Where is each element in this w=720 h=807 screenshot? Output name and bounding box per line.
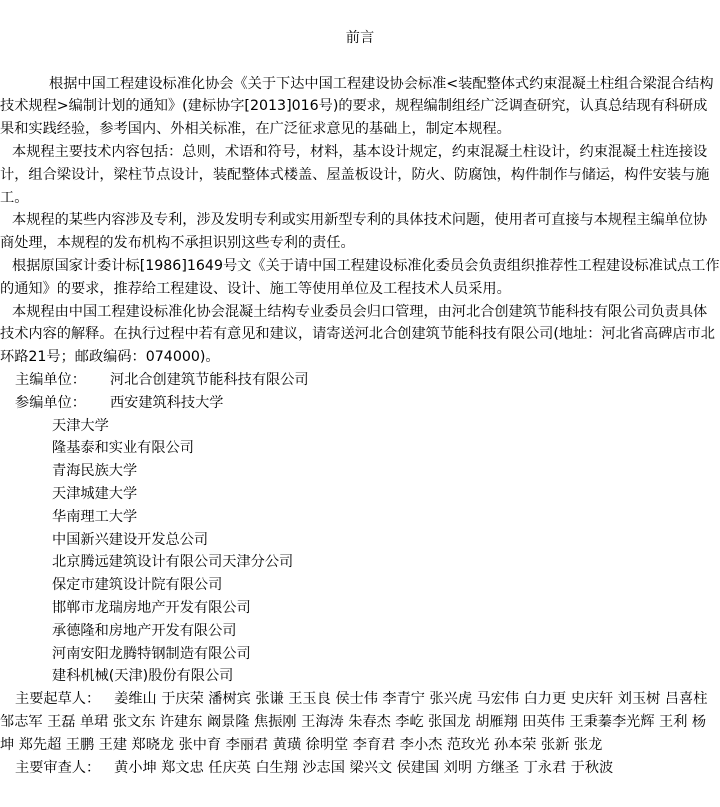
participating-org-item: 河南安阳龙腾特钢制造有限公司 xyxy=(0,643,720,666)
participating-row: 参编单位：西安建筑科技大学 xyxy=(0,392,720,415)
drafters-row: 主要起草人：姜维山 于庆荣 潘树宾 张谦 王玉良 侯士伟 李青宁 张兴虎 马宏伟… xyxy=(0,688,720,756)
participating-org-item: 北京腾远建筑设计有限公司天津分公司 xyxy=(0,551,720,574)
chief-editor-label: 主编单位： xyxy=(15,372,86,388)
drafters-label: 主要起草人： xyxy=(15,691,100,707)
participating-org-item: 中国新兴建设开发总公司 xyxy=(0,529,720,552)
chief-editor-row: 主编单位：河北合创建筑节能科技有限公司 xyxy=(0,369,720,392)
participating-org-list: 天津大学隆基泰和实业有限公司青海民族大学天津城建大学华南理工大学中国新兴建设开发… xyxy=(0,415,720,689)
participating-label: 参编单位： xyxy=(15,395,86,411)
participating-org-item: 承德隆和房地产开发有限公司 xyxy=(0,620,720,643)
participating-org-item: 天津大学 xyxy=(0,415,720,438)
paragraph-management: 本规程由中国工程建设标准化协会混凝土结构专业委员会归口管理，由河北合创建筑节能科… xyxy=(0,301,720,369)
participating-org-item: 邯郸市龙瑞房地产开发有限公司 xyxy=(0,597,720,620)
title-spacer xyxy=(0,50,720,73)
paragraph-basis: 根据中国工程建设标准化协会《关于下达中国工程建设协会标准<装配整体式约束混凝土柱… xyxy=(0,73,720,141)
paragraph-contents: 本规程主要技术内容包括：总则，术语和符号，材料，基本设计规定，约束混凝土柱设计，… xyxy=(0,141,720,209)
reviewers-row: 主要审查人：黄小坤 郑文忠 任庆英 白生翔 沙志国 梁兴文 侯建国 刘明 方继圣… xyxy=(0,757,720,780)
reviewers-names: 黄小坤 郑文忠 任庆英 白生翔 沙志国 梁兴文 侯建国 刘明 方继圣 丁永君 于… xyxy=(114,760,613,776)
participating-org-item: 保定市建筑设计院有限公司 xyxy=(0,574,720,597)
participating-org-item: 华南理工大学 xyxy=(0,506,720,529)
participating-org-item: 天津城建大学 xyxy=(0,483,720,506)
drafters-names: 姜维山 于庆荣 潘树宾 张谦 王玉良 侯士伟 李青宁 张兴虎 马宏伟 白力更 史… xyxy=(0,691,707,753)
chief-editor-value: 河北合创建筑节能科技有限公司 xyxy=(110,372,309,388)
preface-document: 前言 根据中国工程建设标准化协会《关于下达中国工程建设协会标准<装配整体式约束混… xyxy=(0,0,720,779)
participating-org-item: 青海民族大学 xyxy=(0,460,720,483)
page-title: 前言 xyxy=(0,27,720,50)
participating-org-item: 隆基泰和实业有限公司 xyxy=(0,437,720,460)
paragraph-patents: 本规程的某些内容涉及专利，涉及发明专利或实用新型专利的具体技术问题，使用者可直接… xyxy=(0,209,720,255)
participating-first-value: 西安建筑科技大学 xyxy=(110,395,224,411)
participating-org-item: 建科机械(天津)股份有限公司 xyxy=(0,665,720,688)
paragraph-recommendation: 根据原国家计委计标[1986]1649号文《关于请中国工程建设标准化委员会负责组… xyxy=(0,255,720,301)
reviewers-label: 主要审查人： xyxy=(15,760,100,776)
